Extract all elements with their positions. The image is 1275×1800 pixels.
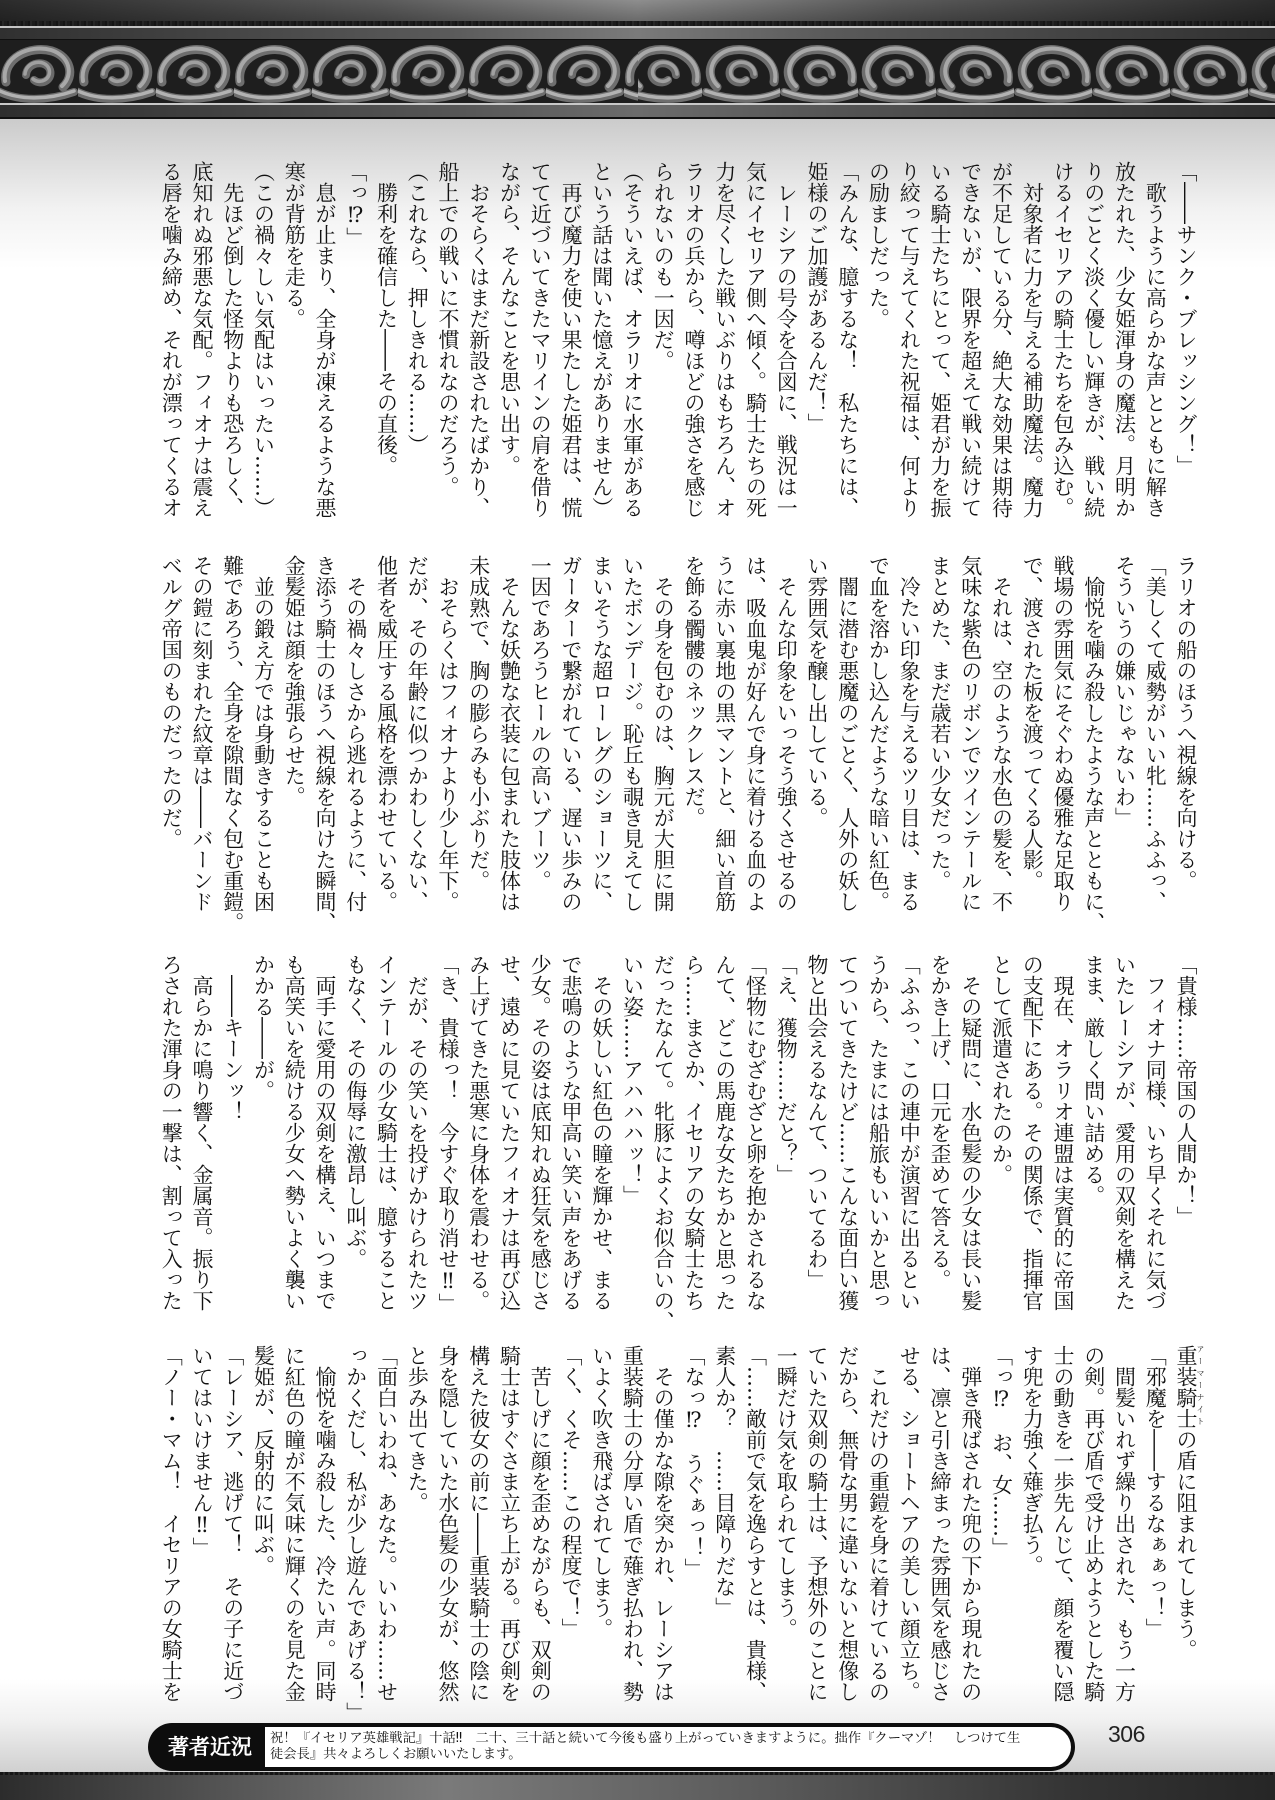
text-column: 歌うように高らかな声とともに解き <box>1140 161 1171 523</box>
text-column: （そういえば、オラリオに水軍がある <box>617 161 648 523</box>
text-column: 髪姫が、反射的に叫ぶ。 <box>248 1345 279 1707</box>
text-column: で血を溶かし込んだような暗い紅色。 <box>863 555 894 917</box>
text-column: の剣。再び盾で受け止めようとした騎 <box>1078 1345 1109 1707</box>
text-column: まとめた、まだ歳若い少女だった。 <box>924 555 955 917</box>
text-column: 「面白いわね、あなた。いいわ……せ <box>371 1345 402 1707</box>
text-tier-1: 「――サンク・ブレッシング！」 歌うように高らかな声とともに解き 放たれた、少女… <box>155 161 1201 523</box>
text-column: 未成熟で、胸の膨らみも小ぶりだ。 <box>463 555 494 917</box>
text-column: 息が止まり、全身が凍えるような悪 <box>309 161 340 523</box>
text-span: の盾に阻まれてしまう。 <box>1174 1429 1198 1660</box>
text-column: 「怪物にむざむざと卵を抱かされるな <box>740 954 771 1316</box>
text-column: ――キーンッ！ <box>217 954 248 1316</box>
text-column: られないのも一因だ。 <box>648 161 679 523</box>
text-column: 冷たい印象を与えるツリ目は、まる <box>894 555 925 917</box>
author-notes-box: 祝！『イセリア英雄戦記』十話‼ 二十、三十話と続いて今後も盛り上がっていきますよ… <box>265 1727 1071 1767</box>
text-column: 底知れぬ邪悪な気配。フィオナは震え <box>186 161 217 523</box>
text-column: だから、無骨な男に違いないと想像し <box>832 1345 863 1707</box>
text-column: ベルグ帝国のものだったのだ。 <box>156 555 187 917</box>
text-column: す兜を力強く薙ぎ払う。 <box>1017 1345 1048 1707</box>
text-column: せ、遠めに見ていたフィオナは再び込 <box>494 954 525 1316</box>
ruby-annotation: アーマーナイト <box>1196 1345 1205 1429</box>
text-column: てて近づいてきたマリインの肩を借り <box>525 161 556 523</box>
text-column: と歩み出てきた。 <box>402 1345 433 1707</box>
text-column: その僅かな隙を突かれ、レーシアは <box>648 1345 679 1707</box>
text-column: 「く、くそ……この程度で！」 <box>555 1345 586 1707</box>
text-column: ラリオの船のほうへ視線を向ける。 <box>1170 555 1201 917</box>
text-column: 「え、獲物……だと？」 <box>771 954 802 1316</box>
text-column: っかくだし、私が少し遊んであげる！」 <box>340 1345 371 1707</box>
text-column: 少女。その姿は底知れぬ狂気を感じさ <box>525 954 556 1316</box>
text-column: 戦場の雰囲気にそぐわぬ優雅な足取り <box>1047 555 1078 917</box>
text-column: 苦しげに顔を歪めながらも、双剣の <box>525 1345 556 1707</box>
text-column: 闇に潜む悪魔のごとく、人外の妖し <box>832 555 863 917</box>
text-column: 「……敵前で気を逸らすとは、貴様、 <box>740 1345 771 1707</box>
text-column: 再び魔力を使い果たした姫君は、慌 <box>555 161 586 523</box>
text-column: いてはいけません‼」 <box>186 1345 217 1707</box>
text-column: 弾き飛ばされた兜の下から現れたの <box>955 1345 986 1707</box>
text-column: いたレーシアが、愛用の双剣を構えた <box>1109 954 1140 1316</box>
text-column: ら……まさか、イセリアの女騎士たち <box>678 954 709 1316</box>
text-column: 「き、貴様っ！ 今すぐ取り消せ‼」 <box>432 954 463 1316</box>
text-column: に紅色の瞳が不気味に輝くのを見た金 <box>279 1345 310 1707</box>
text-column: かかる――が。 <box>248 954 279 1316</box>
text-column: 物と出会えるなんて、ついてるわ」 <box>801 954 832 1316</box>
text-column: けるイセリアの騎士たちを包み込む。 <box>1047 161 1078 523</box>
text-column: いる騎士たちにとって、姫君が力を振 <box>924 161 955 523</box>
text-column: ラリオの兵から、噂ほどの強さを感じ <box>678 161 709 523</box>
text-column: だったなんて。牝豚によくお似合いの、 <box>648 954 679 1316</box>
text-column: だが、その年齢に似つかわしくない、 <box>402 555 433 917</box>
text-column: （この禍々しい気配はいったい……） <box>248 161 279 523</box>
text-column: その妖しい紅色の瞳を輝かせ、まる <box>586 954 617 1316</box>
text-column: 高らかに鳴り響く、金属音。振り下 <box>186 954 217 1316</box>
text-column: おそらくはフィオナより少し年下。 <box>432 555 463 917</box>
text-column: 「ノー・マム！ イセリアの女騎士を <box>156 1345 187 1707</box>
text-column: 「貴様……帝国の人間か！」 <box>1170 954 1201 1316</box>
text-column: 一因であろうヒールの高いブーツ。 <box>525 555 556 917</box>
text-column: レーシアの号令を合図に、戦況は一 <box>771 161 802 523</box>
text-column: （これなら、押しきれる……） <box>402 161 433 523</box>
text-column: そんな印象をいっそう強くさせるの <box>771 555 802 917</box>
text-column: 素人か？ ……目障りだな」 <box>709 1345 740 1707</box>
text-column: 「ふふっ、この連中が演習に出るとい <box>894 954 925 1316</box>
text-tier-2: ラリオの船のほうへ視線を向ける。 「美しくて威勢がいい牝……ふふっ、 そういうの… <box>155 555 1201 917</box>
header-gradient-mid <box>0 28 1275 39</box>
text-column: せる、ショートヘアの美しい顔立ち。 <box>894 1345 925 1707</box>
text-column: 気味な紫色のリボンでツインテールに <box>955 555 986 917</box>
text-column: だが、その笑いを投げかけられたツ <box>402 954 433 1316</box>
text-tier-4: 重装騎士アーマーナイトの盾に阻まれてしまう。 「邪魔を――するなぁぁっ！」 間髪… <box>155 1345 1201 1707</box>
text-column: り絞って与えてくれた祝福は、何より <box>894 161 925 523</box>
text-column: 放たれた、少女姫渾身の魔法。月明か <box>1109 161 1140 523</box>
text-column: 士の動きを一歩先んじて、顔を覆い隠 <box>1047 1345 1078 1707</box>
text-column: 愉悦を噛み殺したような声とともに、 <box>1078 555 1109 917</box>
text-column: で悲鳴のような甲高い笑い声をあげる <box>555 954 586 1316</box>
text-column: まま、厳しく問い詰める。 <box>1078 954 1109 1316</box>
text-column: そんな妖艶な衣装に包まれた肢体は <box>494 555 525 917</box>
text-column: 重装騎士の分厚い盾で薙ぎ払われ、勢 <box>617 1345 648 1707</box>
text-column: ガーターで繋がれている、遅い歩みの <box>555 555 586 917</box>
text-column: いよく吹き飛ばされてしまう。 <box>586 1345 617 1707</box>
text-column: てついてきたけど……こんな面白い獲 <box>832 954 863 1316</box>
text-column: その禍々しさから逃れるように、付 <box>340 555 371 917</box>
text-column: 対象者に力を与える補助魔法。魔力 <box>1017 161 1048 523</box>
text-column: それは、空のような水色の髪を、不 <box>986 555 1017 917</box>
text-column: 船上での戦いに不慣れなのだろう。 <box>432 161 463 523</box>
text-column: おそらくはまだ新設されたばかり、 <box>463 161 494 523</box>
text-column: の支配下にある。その関係で、指揮官 <box>1017 954 1048 1316</box>
header-gradient-top <box>0 0 1275 21</box>
text-column: は、凛と引き締まった雰囲気を感じさ <box>924 1345 955 1707</box>
text-column: 難であろう、全身を隙間なく包む重鎧。 <box>217 555 248 917</box>
text-column: その身を包むのは、胸元が大胆に開 <box>648 555 679 917</box>
text-column: うに赤い裏地の黒マントと、細い首筋 <box>709 555 740 917</box>
text-column: これだけの重鎧を身に着けているの <box>863 1345 894 1707</box>
text-column: いい姿……アハハハッ！」 <box>617 954 648 1316</box>
text-column: い雰囲気を醸し出している。 <box>801 555 832 917</box>
text-column: うから、たまには船旅もいいかと思っ <box>863 954 894 1316</box>
text-column: もなく、その侮辱に激昂し叫ぶ。 <box>340 954 371 1316</box>
text-column: 愉悦を噛み殺した、冷たい声。同時 <box>309 1345 340 1707</box>
ruby-base: 重装騎士 <box>1174 1345 1198 1429</box>
page-number: 306 <box>1108 1721 1145 1748</box>
text-column: 両手に愛用の双剣を構え、いつまで <box>309 954 340 1316</box>
text-column: 金髪姫は顔を強張らせた。 <box>279 555 310 917</box>
text-column: をかき上げ、口元を歪めて答える。 <box>924 954 955 1316</box>
header-gradient-bottom <box>0 105 1275 117</box>
text-column: まいそうな超ローレグのショーツに、 <box>586 555 617 917</box>
text-column: 間髪いれず繰り出された、もう一方 <box>1109 1345 1140 1707</box>
text-column: 寒が背筋を走る。 <box>279 161 310 523</box>
text-column: 重装騎士アーマーナイトの盾に阻まれてしまう。 <box>1170 1345 1201 1707</box>
text-column: 騎士はすぐさま立ち上がる。再び剣を <box>494 1345 525 1707</box>
text-column: 「みんな、臆するな！ 私たちには、 <box>832 161 863 523</box>
page-header-band <box>0 0 1275 120</box>
text-column: が不足している分、絶大な効果は期待 <box>986 161 1017 523</box>
author-notes-text: 徒会長』共々よろしくお願いいたします。 <box>270 1747 1065 1763</box>
text-column: という話は聞いた憶えがありません） <box>586 161 617 523</box>
text-column: その疑問に、水色髪の少女は長い髪 <box>955 954 986 1316</box>
text-column: 勝利を確信した――その直後。 <box>371 161 402 523</box>
celtic-knot-icon <box>0 40 1275 103</box>
text-column: 「っ⁉」 <box>340 161 371 523</box>
author-notes-text: 祝！『イセリア英雄戦記』十話‼ 二十、三十話と続いて今後も盛り上がっていきますよ… <box>270 1731 1065 1747</box>
text-column: 「美しくて威勢がいい牝……ふふっ、 <box>1140 555 1171 917</box>
text-column: ていた双剣の騎士は、予想外のことに <box>801 1345 832 1707</box>
text-column: 「っ⁉ お、女……」 <box>986 1345 1017 1707</box>
text-column: ろされた渾身の一撃は、割って入った <box>156 954 187 1316</box>
text-column: いたボンデージ。恥丘も覗き見えてし <box>617 555 648 917</box>
text-column: として派遣されたのか。 <box>986 954 1017 1316</box>
text-column: りのごとく淡く優しい輝きが、戦い続 <box>1078 161 1109 523</box>
text-column: 「――サンク・ブレッシング！」 <box>1170 161 1201 523</box>
text-column: んて、どこの馬鹿な女たちかと思った <box>709 954 740 1316</box>
text-column: 身を隠していた水色髪の少女が、悠然 <box>432 1345 463 1707</box>
text-column: できないが、限界を超えて戦い続けて <box>955 161 986 523</box>
text-column: 先ほど倒した怪物よりも恐ろしく、 <box>217 161 248 523</box>
text-column: る唇を噛み締め、それが漂ってくるオ <box>156 161 187 523</box>
text-column: き添う騎士のほうへ視線を向けた瞬間、 <box>309 555 340 917</box>
text-column: 「なっ⁉ うぐぁっ！」 <box>678 1345 709 1707</box>
text-column: 他者を威圧する風格を漂わせている。 <box>371 555 402 917</box>
text-tier-3: 「貴様……帝国の人間か！」 フィオナ同様、いち早くそれに気づ いたレーシアが、愛… <box>155 954 1201 1316</box>
text-column: 一瞬だけ気を取られてしまう。 <box>771 1345 802 1707</box>
text-column: を飾る髑髏のネックレスだ。 <box>678 555 709 917</box>
text-column: 並の鍛え方では身動きすることも困 <box>248 555 279 917</box>
text-column: 現在、オラリオ連盟は実質的に帝国 <box>1047 954 1078 1316</box>
text-column: フィオナ同様、いち早くそれに気づ <box>1140 954 1171 1316</box>
text-column: 気にイセリア側へ傾く。騎士たちの死 <box>740 161 771 523</box>
text-column: も高笑いを続ける少女へ勢いよく襲い <box>279 954 310 1316</box>
page-footer-band <box>0 1772 1275 1800</box>
text-column: 姫様のご加護があるんだ！」 <box>801 161 832 523</box>
text-column: 「邪魔を――するなぁぁっ！」 <box>1140 1345 1171 1707</box>
text-column: その鎧に刻まれた紋章は――バーンド <box>186 555 217 917</box>
text-column: 力を尽くした戦いぶりはもちろん、オ <box>709 161 740 523</box>
author-notes-label: 著者近況 <box>168 1733 256 1761</box>
text-column: 「レーシア、逃げて！ その子に近づ <box>217 1345 248 1707</box>
text-column: の励ましだった。 <box>863 161 894 523</box>
text-column: は、吸血鬼が好んで身に着ける血のよ <box>740 555 771 917</box>
text-column: み上げてきた悪寒に身体を震わせる。 <box>463 954 494 1316</box>
text-column: 構えた彼女の前に――重装騎士の陰に <box>463 1345 494 1707</box>
text-column: インテールの少女騎士は、臆すること <box>371 954 402 1316</box>
text-column: ながら、そんなことを思い出す。 <box>494 161 525 523</box>
text-column: で、渡された板を渡ってくる人影。 <box>1017 555 1048 917</box>
text-column: そういうの嫌いじゃないわ」 <box>1109 555 1140 917</box>
